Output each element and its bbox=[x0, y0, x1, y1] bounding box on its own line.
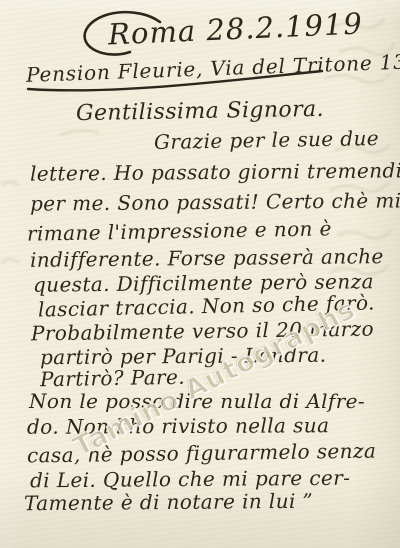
place-date-line: Roma 28.2.1919 bbox=[107, 6, 363, 51]
letter-line: Grazie per le sue due bbox=[154, 126, 379, 154]
letter-line: indifferente. Forse passerà anche bbox=[30, 244, 384, 272]
letter-photo: Roma 28.2.1919 Pension Fleurie, Via del … bbox=[0, 0, 400, 548]
letter-line: Tamente è di notare in lui ” bbox=[24, 489, 313, 516]
letter-line: per me. Sono passati! Certo chè mi bbox=[30, 188, 400, 215]
salutation: Gentilissima Signora. bbox=[76, 97, 324, 126]
letter-line: rimane l'impressione e non è bbox=[27, 216, 332, 245]
address-line: Pension Fleurie, Via del Tritone 132 bbox=[26, 49, 400, 87]
letter-line: lettere. Ho passato giorni tremendi bbox=[30, 158, 400, 185]
